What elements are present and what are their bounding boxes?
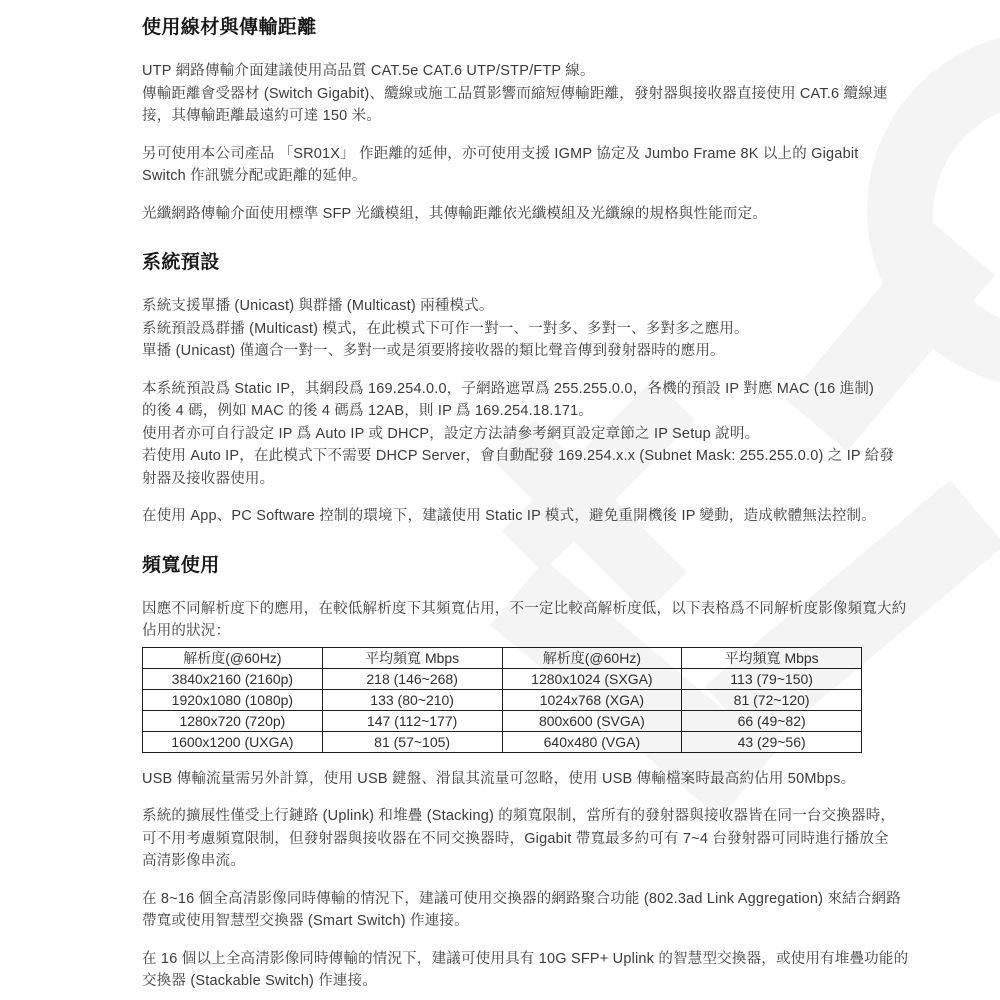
text-line: 在使用 App、PC Software 控制的環境下，建議使用 Static I…	[142, 505, 864, 528]
text-line: 另可使用本公司產品 「SR01X」 作距離的延伸，亦可使用支援 IGMP 協定及…	[142, 143, 864, 166]
text-line: 系統預設爲群播 (Multicast) 模式，在此模式下可作一對一、一對多、多對…	[142, 318, 864, 341]
section-heading: 頻寬使用	[142, 552, 864, 580]
table-cell: 1280x1024 (SXGA)	[502, 668, 682, 689]
section-content: 系統支援單播 (Unicast) 與群播 (Multicast) 兩種模式。系統…	[142, 295, 864, 528]
section-content: 因應不同解析度下的應用，在較低解析度下其頻寬佔用，不一定比較高解析度低，以下表格…	[142, 598, 864, 993]
bandwidth-table: 解析度(@60Hz)平均頻寬 Mbps解析度(@60Hz)平均頻寬 Mbps38…	[142, 647, 864, 753]
document-body: 使用線材與傳輸距離 UTP 網路傳輸介面建議使用高品質 CAT.5e CAT.6…	[142, 14, 864, 993]
text-line: 本系統預設爲 Static IP，其網段爲 169.254.0.0，子網路遮罩爲…	[142, 378, 864, 401]
table-cell: 1600x1200 (UXGA)	[143, 731, 323, 752]
table-row: 3840x2160 (2160p)218 (146~268)1280x1024 …	[143, 668, 862, 689]
section-bandwidth-usage: 頻寬使用 因應不同解析度下的應用，在較低解析度下其頻寬佔用，不一定比較高解析度低…	[142, 552, 864, 993]
section-cabling-distance: 使用線材與傳輸距離 UTP 網路傳輸介面建議使用高品質 CAT.5e CAT.6…	[142, 14, 864, 225]
paragraph: 另可使用本公司產品 「SR01X」 作距離的延伸，亦可使用支援 IGMP 協定及…	[142, 143, 864, 188]
text-line: 使用者亦可自行設定 IP 爲 Auto IP 或 DHCP，設定方法請參考網頁設…	[142, 423, 864, 446]
text-line: 系統的擴展性僅受上行鏈路 (Uplink) 和堆疊 (Stacking) 的頻寬…	[142, 805, 864, 828]
text-line: 射器及接收器使用。	[142, 468, 864, 491]
table-cell: 3840x2160 (2160p)	[143, 668, 323, 689]
text-line: 傳輸距離會受器材 (Switch Gigabit)、纜線或施工品質影響而縮短傳輸…	[142, 83, 864, 106]
table-header-cell: 平均頻寬 Mbps	[682, 647, 862, 668]
text-line: 帶寬或使用智慧型交換器 (Smart Switch) 作連接。	[142, 910, 864, 933]
table-header-cell: 解析度(@60Hz)	[143, 647, 323, 668]
paragraph: 在 16 個以上全高清影像同時傳輸的情況下，建議可使用具有 10G SFP+ U…	[142, 948, 864, 993]
table-cell: 640x480 (VGA)	[502, 731, 682, 752]
section-content: UTP 網路傳輸介面建議使用高品質 CAT.5e CAT.6 UTP/STP/F…	[142, 60, 864, 225]
text-line: 若使用 Auto IP，在此模式下不需要 DHCP Server，會自動配發 1…	[142, 445, 864, 468]
text-line: UTP 網路傳輸介面建議使用高品質 CAT.5e CAT.6 UTP/STP/F…	[142, 60, 864, 83]
text-line: 光纖網路傳輸介面使用標準 SFP 光纖模組，其傳輸距離依光纖模組及光纖線的規格與…	[142, 203, 864, 226]
text-line: 系統支援單播 (Unicast) 與群播 (Multicast) 兩種模式。	[142, 295, 864, 318]
section-heading: 使用線材與傳輸距離	[142, 14, 864, 42]
table-header-row: 解析度(@60Hz)平均頻寬 Mbps解析度(@60Hz)平均頻寬 Mbps	[143, 647, 862, 668]
text-line: 可不用考慮頻寬限制，但發射器與接收器在不同交換器時，Gigabit 帶寬最多約可…	[142, 828, 864, 851]
table-header-cell: 解析度(@60Hz)	[502, 647, 682, 668]
table-cell: 218 (146~268)	[322, 668, 502, 689]
text-line: 高清影像串流。	[142, 850, 864, 873]
table-cell: 1024x768 (XGA)	[502, 689, 682, 710]
text-line: 接，其傳輸距離最遠約可達 150 米。	[142, 105, 864, 128]
table-head: 解析度(@60Hz)平均頻寬 Mbps解析度(@60Hz)平均頻寬 Mbps	[143, 647, 862, 668]
table-row: 1920x1080 (1080p)133 (80~210)1024x768 (X…	[143, 689, 862, 710]
paragraph: 在 8~16 個全高清影像同時傳輸的情況下，建議可使用交換器的網路聚合功能 (8…	[142, 888, 864, 933]
paragraph: 系統支援單播 (Unicast) 與群播 (Multicast) 兩種模式。系統…	[142, 295, 864, 363]
paragraph: 在使用 App、PC Software 控制的環境下，建議使用 Static I…	[142, 505, 864, 528]
table-cell: 113 (79~150)	[682, 668, 862, 689]
section-system-defaults: 系統預設 系統支援單播 (Unicast) 與群播 (Multicast) 兩種…	[142, 249, 864, 528]
text-line: 因應不同解析度下的應用，在較低解析度下其頻寬佔用，不一定比較高解析度低，以下表格…	[142, 598, 864, 621]
table-body: 3840x2160 (2160p)218 (146~268)1280x1024 …	[143, 668, 862, 752]
text-line: 在 8~16 個全高清影像同時傳輸的情況下，建議可使用交換器的網路聚合功能 (8…	[142, 888, 864, 911]
paragraph: 本系統預設爲 Static IP，其網段爲 169.254.0.0，子網路遮罩爲…	[142, 378, 864, 491]
table-cell: 133 (80~210)	[322, 689, 502, 710]
table-header-cell: 平均頻寬 Mbps	[322, 647, 502, 668]
table-row: 1280x720 (720p)147 (112~177)800x600 (SVG…	[143, 710, 862, 731]
table-cell: 1920x1080 (1080p)	[143, 689, 323, 710]
table-cell: 66 (49~82)	[682, 710, 862, 731]
text-line: 單播 (Unicast) 僅適合一對一、多對一或是須要將接收器的類比聲音傳到發射…	[142, 340, 864, 363]
paragraph: 光纖網路傳輸介面使用標準 SFP 光纖模組，其傳輸距離依光纖模組及光纖線的規格與…	[142, 203, 864, 226]
paragraph: 系統的擴展性僅受上行鏈路 (Uplink) 和堆疊 (Stacking) 的頻寬…	[142, 805, 864, 873]
text-line: 的後 4 碼，例如 MAC 的後 4 碼爲 12AB，則 IP 爲 169.25…	[142, 400, 864, 423]
paragraph: USB 傳輸流量需另外計算，使用 USB 鍵盤、滑鼠其流量可忽略，使用 USB …	[142, 768, 864, 791]
text-line: Switch 作訊號分配或距離的延伸。	[142, 165, 864, 188]
table-cell: 81 (72~120)	[682, 689, 862, 710]
text-line: 在 16 個以上全高清影像同時傳輸的情況下，建議可使用具有 10G SFP+ U…	[142, 948, 864, 971]
table-cell: 147 (112~177)	[322, 710, 502, 731]
paragraph: 因應不同解析度下的應用，在較低解析度下其頻寬佔用，不一定比較高解析度低，以下表格…	[142, 598, 864, 643]
table-cell: 800x600 (SVGA)	[502, 710, 682, 731]
table-cell: 1280x720 (720p)	[143, 710, 323, 731]
paragraph: UTP 網路傳輸介面建議使用高品質 CAT.5e CAT.6 UTP/STP/F…	[142, 60, 864, 128]
text-line: 交換器 (Stackable Switch) 作連接。	[142, 970, 864, 993]
text-line: 佔用的狀況：	[142, 620, 864, 643]
text-line: USB 傳輸流量需另外計算，使用 USB 鍵盤、滑鼠其流量可忽略，使用 USB …	[142, 768, 864, 791]
table-cell: 81 (57~105)	[322, 731, 502, 752]
table-row: 1600x1200 (UXGA)81 (57~105)640x480 (VGA)…	[143, 731, 862, 752]
bandwidth-table-grid: 解析度(@60Hz)平均頻寬 Mbps解析度(@60Hz)平均頻寬 Mbps38…	[142, 647, 862, 753]
section-heading: 系統預設	[142, 249, 864, 277]
table-cell: 43 (29~56)	[682, 731, 862, 752]
